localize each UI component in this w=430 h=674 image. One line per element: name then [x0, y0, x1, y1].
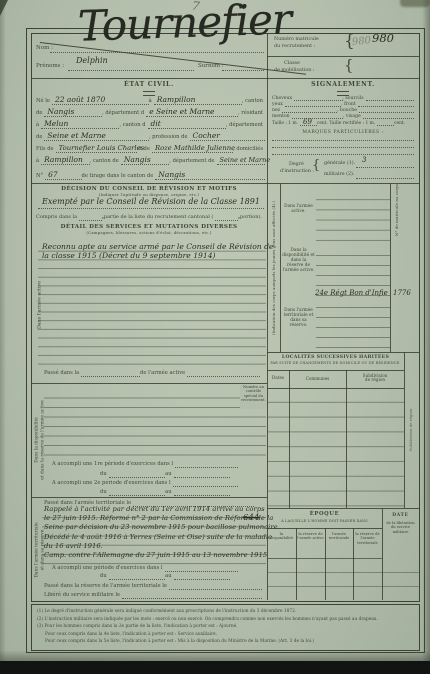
- label: Cheveux: [272, 96, 294, 101]
- label: , canton: [242, 99, 265, 105]
- corps-group3-label: Dans l'armée territoriale et dans sa rés…: [282, 308, 315, 328]
- corps-matricule-value: 1776: [393, 290, 411, 297]
- residence-row: à Melun , canton d dit , département: [36, 117, 265, 129]
- surname-script: Tournefier: [77, 0, 291, 48]
- periode2-row: A accompli une 2e période d'exercices da…: [52, 479, 238, 487]
- birth-row: Né le 22 août 1870 à Rampillon , canton: [36, 93, 265, 105]
- label: cent. Taille rectifiée : 1 m.: [317, 121, 377, 126]
- degre-label: Degré: [289, 162, 304, 167]
- label: cent.: [394, 121, 407, 126]
- label: Né le: [36, 99, 52, 105]
- epoque-col3: l'armée territoriale: [326, 532, 352, 541]
- footnote-line: (3) Pour les hommes compris dans la 2e p…: [37, 623, 415, 631]
- localites-col-dates: Dates: [267, 376, 289, 380]
- feature-row: nez , bouche: [272, 107, 414, 113]
- field: dit: [148, 119, 226, 129]
- field: [285, 106, 341, 107]
- label: , département: [226, 123, 265, 129]
- divider: [280, 184, 281, 352]
- label: yeux: [272, 102, 285, 107]
- residence-value: Melun: [44, 119, 68, 128]
- footnote-line: Pour ceux compris dans la 4e liste, l'in…: [37, 631, 415, 639]
- label: , département d: [102, 111, 146, 117]
- field: [175, 467, 238, 468]
- localites-title: LOCALITÉS SUCCESSIVES HABITÉES: [267, 355, 404, 360]
- label: A accompli une 1re période d'exercices d…: [52, 462, 175, 468]
- label: Compris dans la: [36, 215, 79, 221]
- corps-group1-label: Dans l'armée active.: [282, 204, 315, 214]
- domicile-departement-value: Seine et Marne: [220, 156, 271, 164]
- label-line: et dans sa réserve: [40, 522, 46, 577]
- field: Nangis: [155, 170, 265, 180]
- label: du: [100, 472, 109, 478]
- corps-lines-group1: [316, 190, 390, 244]
- label: , résidant: [238, 111, 265, 117]
- note-line: Camp. contre l'Allemagne du 27 juin 1915…: [44, 551, 280, 560]
- taille-row: Taille : 1 m. 69 cent. Taille rectifiée …: [272, 119, 414, 126]
- epoque-date-title: DATE: [382, 514, 419, 518]
- matricule-value-faint: 980: [352, 36, 372, 48]
- label: , domiciliés: [233, 147, 265, 153]
- rule: [267, 586, 419, 587]
- field: [377, 125, 394, 126]
- label: de: [36, 135, 44, 141]
- label: , département de: [169, 159, 216, 165]
- epoque-subtitle: À LAQUELLE L'HOMME DOIT PASSER DANS: [267, 520, 382, 524]
- epoque-date-subtitle: de la libération du service militaire: [384, 521, 417, 534]
- rule: [267, 56, 419, 57]
- rule: [31, 497, 267, 498]
- corps-caption: (Indication des corps auxquels les jeune…: [272, 201, 277, 335]
- field: Nangis: [44, 107, 102, 117]
- canton-row: de Nangis , département d e Seine et Mar…: [36, 105, 265, 117]
- label-line: et dans la réserve de l'armée active: [40, 400, 46, 479]
- label: , profession de: [149, 135, 190, 141]
- field: Seine et Marne: [217, 156, 265, 165]
- label: Fils de: [36, 147, 56, 153]
- field: [215, 220, 238, 221]
- corps-matricule-header: N° de matricule au corps: [395, 184, 400, 236]
- field: [173, 486, 238, 487]
- feature-row: Cheveux , sourcils: [272, 95, 414, 101]
- periode1-dates-row: du au: [100, 470, 230, 478]
- military-register-sheet: 7 Tournefier Nom : Prénoms : Delphin Sur…: [0, 0, 430, 674]
- label: nez: [272, 108, 282, 113]
- periode1-row: A accompli une 1re période d'exercices d…: [52, 460, 238, 468]
- periode3-row: A accompli une période d'exercices dans …: [52, 564, 238, 572]
- scan-strip-bottom: [0, 661, 430, 674]
- write-line: [50, 52, 264, 53]
- header-line: de région: [346, 378, 404, 382]
- services-handwritten-1: Reconnu apte au service armé par le Cons…: [42, 243, 273, 251]
- domicile-canton-value: Nangis: [124, 155, 151, 164]
- field: Rampillon: [154, 95, 242, 105]
- etat-civil-rows: Né le 22 août 1870 à Rampillon , canton …: [36, 93, 265, 180]
- label: de l'armée active: [140, 371, 187, 377]
- field: [174, 495, 230, 496]
- signalement-title: SIGNALEMENT.: [267, 82, 419, 89]
- divider: [325, 528, 326, 600]
- brace-glyph: {: [312, 159, 320, 172]
- field: Roze Mathilde Julienne: [152, 144, 233, 153]
- localites-col-communes: Communes: [289, 377, 346, 381]
- rule: [31, 78, 419, 79]
- epoque-title: ÉPOQUE: [267, 512, 382, 518]
- footnote-line: (1) Le degré d'instruction générale sera…: [37, 608, 415, 616]
- label: Taille : 1 m.: [272, 121, 300, 126]
- label: menton: [272, 114, 292, 119]
- side-label-armee-active: Dans l'armée active: [37, 281, 42, 329]
- field: e Seine et Marne: [146, 107, 238, 117]
- label: , canton d: [119, 123, 147, 129]
- label: partie de la liste du recrutement canton…: [104, 215, 216, 221]
- signalement-rows: Cheveux , sourcils yeux , front nez , bo…: [272, 95, 414, 126]
- field: [363, 118, 414, 119]
- nom-label: Nom :: [36, 45, 53, 51]
- services-subtitle: (Campagnes, blessures, actions d'éclat, …: [31, 231, 267, 235]
- label: , front: [341, 102, 357, 107]
- generale-label: générale (1).: [324, 161, 355, 166]
- divider: [390, 184, 391, 352]
- militaire-label: militaire (2).: [324, 172, 354, 177]
- side-label-territoriale: Dans l'armée territoriale et dans sa rés…: [34, 522, 45, 577]
- field: Seine et Marne: [44, 131, 148, 141]
- classe-label2: de mobilisation :: [274, 68, 314, 73]
- birth-departement-value: e Seine et Marne: [149, 107, 214, 116]
- tirage-number-value: 67: [48, 170, 58, 179]
- rule: [267, 558, 382, 559]
- rule: [267, 508, 419, 509]
- note-line: du 16 avril 1916.: [44, 542, 280, 551]
- libere-row: Libéré du service militaire le: [44, 591, 262, 599]
- note-line: Seine par décision du 23 novembre 1915 p…: [44, 523, 280, 532]
- residence-departement-value: Seine et Marne: [47, 131, 105, 140]
- prenoms-value: Delphin: [76, 57, 108, 65]
- marginal-number: 644: [243, 514, 259, 523]
- side-label-disponibilite: Dans la disponibilité et dans la réserve…: [34, 400, 45, 479]
- classe-label: Classe: [284, 61, 300, 66]
- label: de tirage dans le canton de: [82, 174, 156, 180]
- rule: [267, 370, 404, 371]
- field: [366, 100, 414, 101]
- field: [81, 376, 140, 377]
- field: 67: [45, 170, 81, 180]
- write-line: [272, 147, 414, 148]
- epoque-col4: la réserve de l'armée territoriale: [354, 532, 381, 545]
- label: de: [36, 111, 44, 117]
- prenoms-label: Prénoms :: [36, 63, 64, 69]
- localites-rows: [267, 388, 404, 508]
- surnom-label: Surnom :: [198, 63, 224, 69]
- label: Passé dans la: [44, 371, 81, 377]
- label: , bouche: [337, 108, 359, 113]
- label: du: [100, 490, 109, 496]
- field: [187, 376, 260, 377]
- field: Cocher: [190, 131, 265, 141]
- field: [109, 579, 165, 580]
- write-line: [68, 70, 194, 71]
- feature-row: yeux , front: [272, 101, 414, 107]
- periode2-dates-row: du au: [100, 488, 230, 496]
- father-name-value: Tournefier Louis Charles: [59, 144, 144, 152]
- tirage-row: N° 67 de tirage dans le canton de Nangis: [36, 168, 265, 180]
- rule: [267, 352, 419, 353]
- field: [122, 598, 262, 599]
- field: 22 août 1870: [52, 95, 149, 105]
- profession-value: Cocher: [193, 131, 220, 140]
- scan-shadow-left: [0, 0, 6, 661]
- field: Tournefier Louis Charles: [56, 144, 137, 153]
- mother-name-value: Roze Mathilde Julienne: [155, 144, 235, 152]
- footnotes: (1) Le degré d'instruction générale sera…: [37, 608, 415, 646]
- field: [79, 220, 102, 221]
- parents-row: Fils de Tournefier Louis Charles et de R…: [36, 141, 265, 153]
- height-value: 69: [303, 118, 312, 126]
- matricule-label: Numéro matricule: [274, 37, 319, 42]
- periode3-dates-row: du au: [100, 573, 230, 580]
- footnote-line: (2) L'instruction militaire sera indiqué…: [37, 616, 415, 624]
- field: [174, 579, 230, 580]
- field: [174, 477, 230, 478]
- birth-date-value: 22 août 1870: [55, 95, 105, 104]
- label: au: [165, 574, 173, 580]
- divider: [353, 528, 354, 600]
- etat-civil-title: ÉTAT CIVIL.: [31, 82, 267, 89]
- residence-canton-value: dit: [151, 119, 161, 128]
- decision-handwritten: Exempté par le Conseil de Révision de la…: [42, 198, 260, 206]
- label: du: [100, 574, 109, 580]
- corps-assignment-value: 24e Régt Bon d'Infie: [315, 290, 388, 297]
- field: Nangis: [121, 155, 169, 165]
- marques-label: MARQUES PARTICULIÈRES :: [267, 130, 419, 135]
- domicile-row: à Rampillon , canton de Nangis , départe…: [36, 153, 265, 165]
- label: au: [165, 490, 173, 496]
- degre-label2: d'instruction :: [280, 169, 314, 174]
- passe-active-row: Passé dans la de l'armée active: [44, 369, 260, 377]
- ruled-area-active: [38, 243, 266, 370]
- rule: [267, 572, 419, 573]
- corps-lines-group3: [316, 298, 390, 350]
- localites-margin-label: Subdivision de région: [409, 409, 413, 452]
- footnote-line: Pour ceux compris dans la 5e liste, l'in…: [37, 638, 415, 646]
- instruction-generale-value: 3: [362, 157, 366, 164]
- profession-row: de Seine et Marne , profession de Cocher: [36, 129, 265, 141]
- epoque-col2: la réserve de l'armée active: [297, 532, 324, 541]
- write-line: [356, 167, 414, 168]
- field: Melun: [41, 119, 119, 129]
- field: [169, 589, 262, 590]
- label: , sourcils: [343, 96, 366, 101]
- field: [294, 100, 342, 101]
- field: [358, 106, 414, 107]
- write-line: [272, 154, 414, 155]
- controle-special-box: Numéro au contrôle spécial du recrutemen…: [240, 385, 267, 409]
- write-line: [38, 208, 264, 209]
- brace-glyph: {: [344, 58, 354, 73]
- write-line: [356, 178, 414, 179]
- label: portion).: [240, 215, 264, 221]
- field: [109, 495, 165, 496]
- birth-place-value: Rampillon: [157, 95, 196, 104]
- label-line: Dans l'armée territoriale: [34, 522, 40, 577]
- write-line: [272, 140, 414, 141]
- field: [165, 571, 238, 572]
- rule: [31, 183, 419, 184]
- tirage-canton-value: Nangis: [158, 170, 185, 179]
- field: 69: [300, 118, 317, 126]
- matricule-value: 980: [372, 33, 394, 45]
- label: Libéré du service militaire le: [44, 593, 122, 599]
- passe-reserve-territoriale-row: Passé dans la réserve de l'armée territo…: [44, 582, 262, 590]
- localites-col-subdivision: Subdivision de région: [346, 374, 404, 383]
- label: , canton de: [90, 159, 121, 165]
- feature-row: menton , visage: [272, 113, 414, 119]
- label: A accompli une période d'exercices dans …: [52, 566, 165, 572]
- divider: [296, 528, 297, 600]
- write-line: [222, 70, 264, 71]
- field: [109, 477, 165, 478]
- matricule-label2: du recrutement :: [274, 44, 315, 49]
- divider: [404, 352, 405, 508]
- services-handwritten-2: la classe 1915 (Décret du 9 septembre 19…: [42, 252, 216, 260]
- label: A accompli une 2e période d'exercices da…: [52, 481, 173, 487]
- label: au: [165, 472, 173, 478]
- label: N°: [36, 174, 45, 180]
- note-line: Décédé le 4 août 1916 à Yerres (Seine et…: [44, 533, 280, 542]
- field: [359, 112, 414, 113]
- localites-subtitle: PAR SUITE DE CHANGEMENTS DE DOMICILE OU …: [267, 362, 404, 366]
- ruled-area-reserve: [44, 389, 266, 457]
- corps-group2-label: Dans la disponibilité et dans la réserve…: [282, 248, 315, 273]
- label: , visage: [343, 114, 363, 119]
- field: Rampillon: [41, 155, 89, 165]
- domicile-value: Rampillon: [44, 155, 83, 164]
- rule: [31, 383, 267, 384]
- epoque-col1: la disponibilité: [268, 532, 295, 541]
- label: Passé dans la réserve de l'armée territo…: [44, 584, 169, 590]
- compris-row: Compris dans la e partie de la liste du …: [36, 213, 264, 221]
- birth-canton-value: Nangis: [47, 107, 74, 116]
